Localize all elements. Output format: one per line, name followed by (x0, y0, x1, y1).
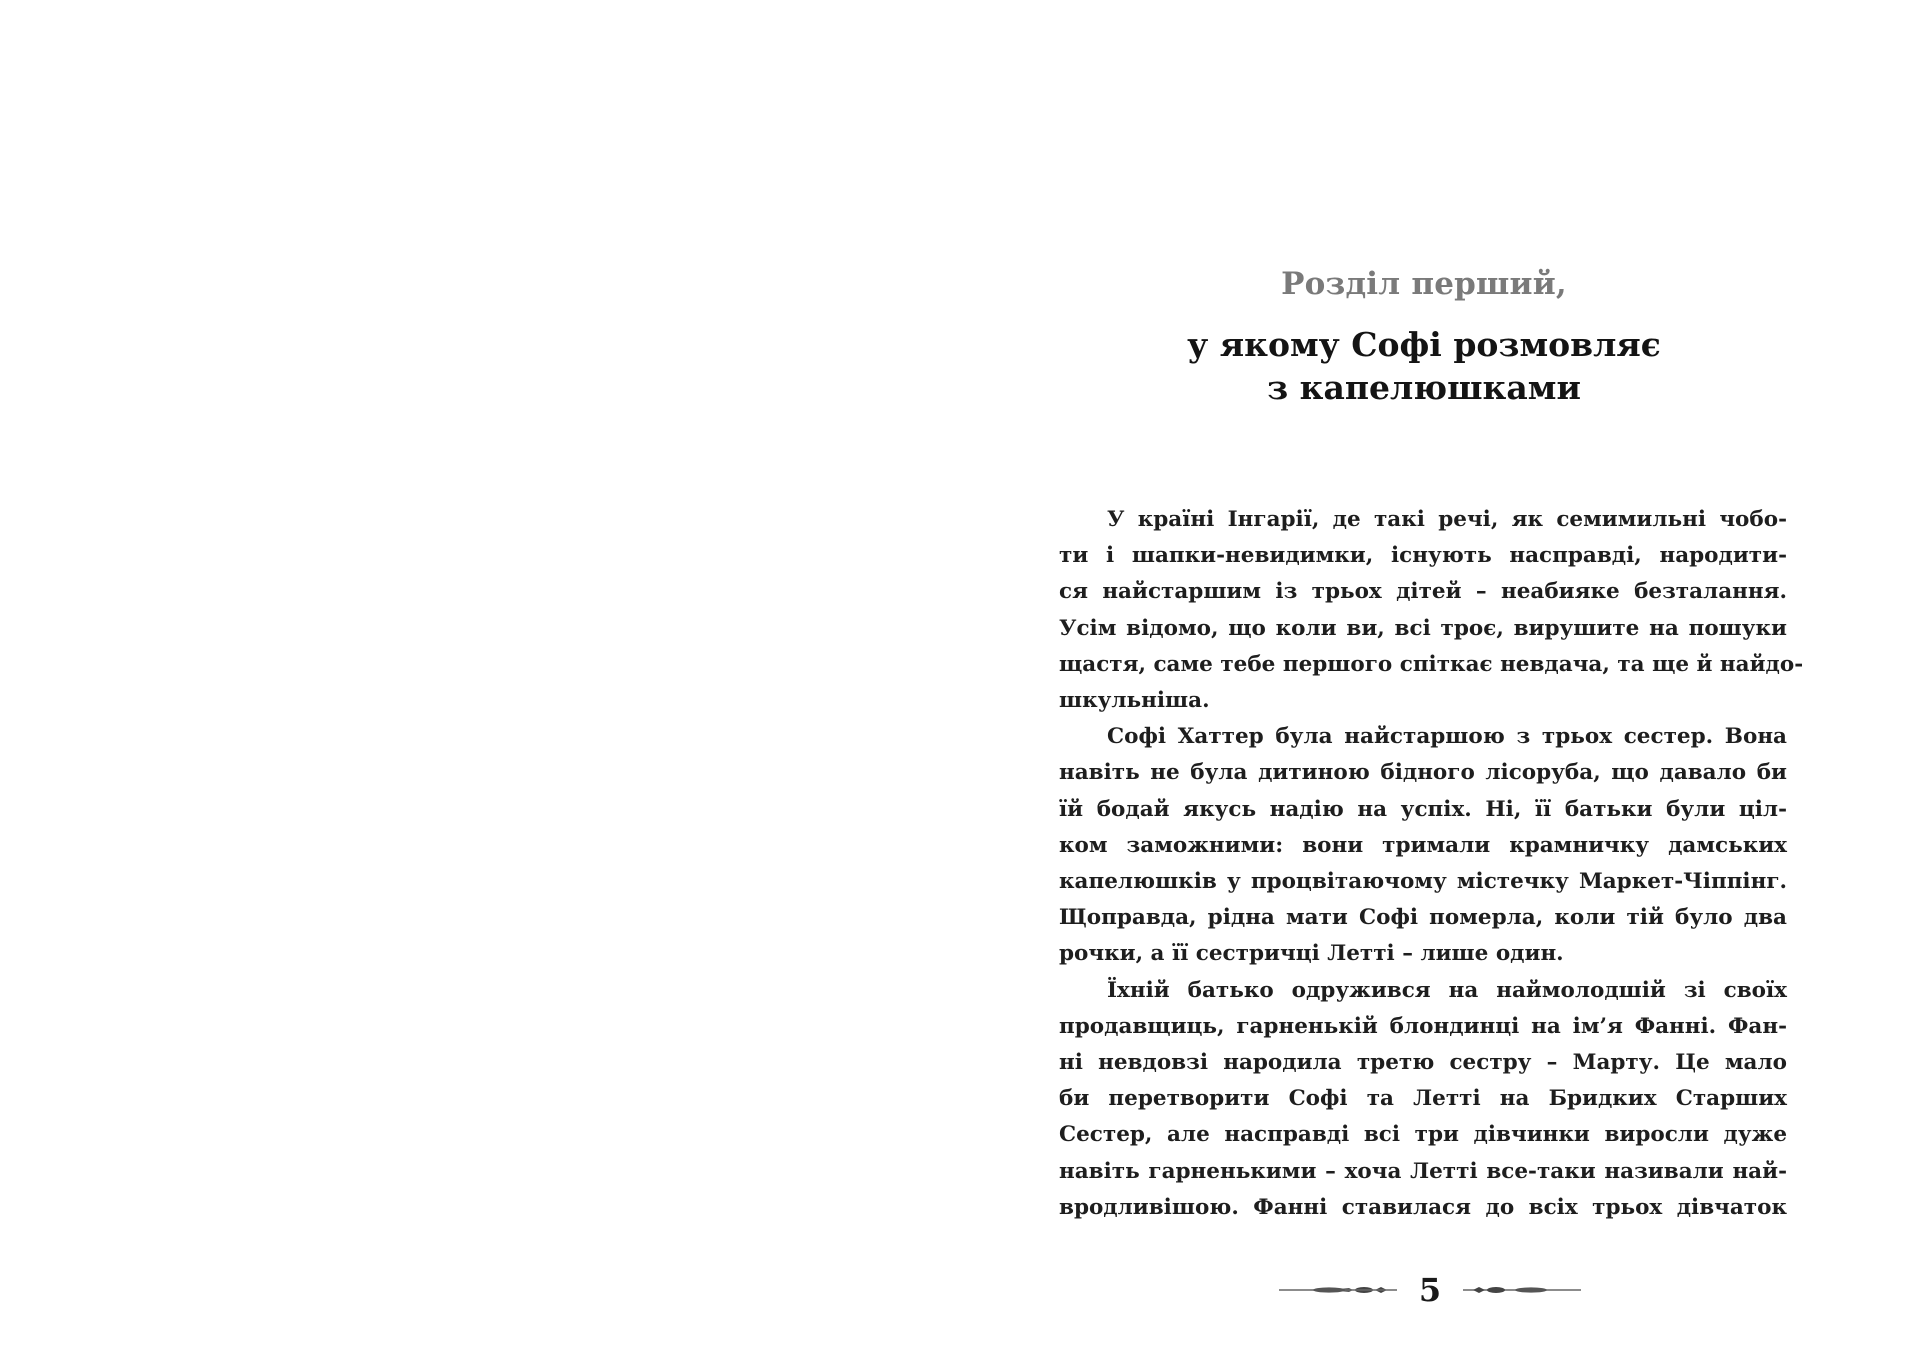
text-line: би перетворити Софі та Летті на Бридких … (1059, 1081, 1787, 1117)
text-line: навіть гарненькими – хоча Летті все-таки… (1059, 1154, 1787, 1190)
text-line: їй бодай якусь надію на успіх. Ні, її ба… (1059, 792, 1787, 828)
text-line: Сестер, але насправді всі три дівчинки в… (1059, 1117, 1787, 1153)
left-page-blank (0, 0, 960, 1361)
text-line: Софі Хаттер була найстаршою з трьох сест… (1059, 719, 1787, 755)
chapter-title: у якому Софі розмовляє з капелюшками (1059, 323, 1789, 409)
text-line: ні невдовзі народила третю сестру – Март… (1059, 1045, 1787, 1081)
text-line: рочки, а її сестричці Летті – лише один. (1059, 936, 1787, 972)
text-line: шкульніша. (1059, 683, 1787, 719)
decorative-rule-right-icon (1463, 1283, 1581, 1297)
chapter-number: Розділ перший, (1059, 266, 1789, 302)
text-line: навіть не була дитиною бідного лісоруба,… (1059, 755, 1787, 791)
text-line: Їхній батько одружився на наймолодшій зі… (1059, 973, 1787, 1009)
text-line: ся найстаршим із трьох дітей – неабияке … (1059, 574, 1787, 610)
decorative-rule-left-icon (1279, 1283, 1397, 1297)
paragraph: Їхній батько одружився на наймолодшій зі… (1059, 973, 1787, 1226)
book-spread: Розділ перший, у якому Софі розмовляє з … (0, 0, 1920, 1361)
text-line: Усім відомо, що коли ви, всі троє, вируш… (1059, 611, 1787, 647)
page-footer: 5 (1260, 1265, 1600, 1315)
text-line: Щоправда, рідна мати Софі померла, коли … (1059, 900, 1787, 936)
text-line: ти і шапки-невидимки, існують насправді,… (1059, 538, 1787, 574)
text-line: капелюшків у процвітаючому містечку Марк… (1059, 864, 1787, 900)
paragraph: У країні Інгарії, де такі речі, як семим… (1059, 502, 1787, 719)
text-line: вродливішою. Фанні ставилася до всіх трь… (1059, 1190, 1787, 1226)
text-line: щастя, саме тебе першого спіткає невдача… (1059, 647, 1787, 683)
chapter-title-line: з капелюшками (1059, 366, 1789, 409)
text-line: У країні Інгарії, де такі речі, як семим… (1059, 502, 1787, 538)
body-text: У країні Інгарії, де такі речі, як семим… (1059, 502, 1787, 1226)
chapter-title-line: у якому Софі розмовляє (1059, 323, 1789, 366)
text-line: продавщиць, гарненькій блондинці на ім’я… (1059, 1009, 1787, 1045)
text-line: ком заможними: вони тримали крамничку да… (1059, 828, 1787, 864)
page-number: 5 (1419, 1271, 1441, 1309)
paragraph: Софі Хаттер була найстаршою з трьох сест… (1059, 719, 1787, 972)
